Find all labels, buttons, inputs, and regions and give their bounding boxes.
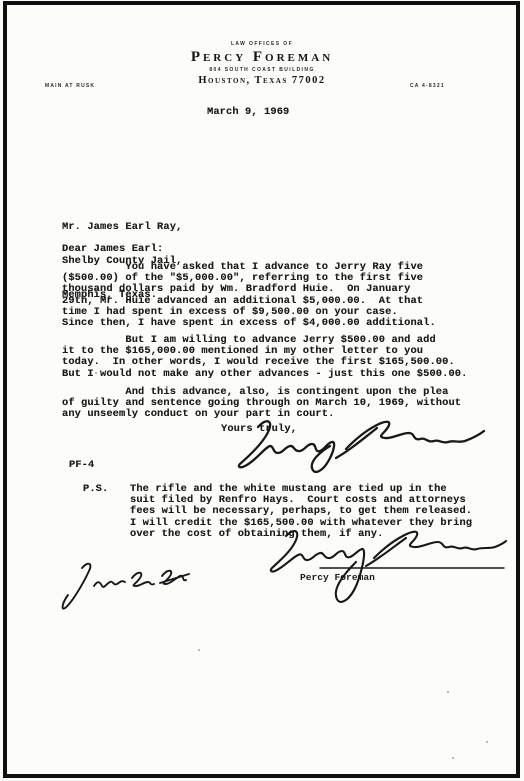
scan-speck	[198, 649, 200, 651]
scanned-letter-page: LAW OFFICES OF Percy Foreman 804 SOUTH C…	[0, 0, 524, 781]
postscript-label: P.S.	[83, 484, 130, 540]
scan-speck	[486, 741, 488, 743]
letterhead-office-line: LAW OFFICES OF	[0, 41, 524, 47]
recipient-name: Mr. James Earl Ray,	[62, 222, 182, 233]
scan-speck	[95, 372, 97, 374]
percy-foreman-signature	[228, 413, 490, 479]
letterhead-location-note: MAIN AT RUSK	[45, 83, 95, 89]
reference-initials: PF-4	[69, 460, 94, 471]
scan-speck	[447, 691, 449, 693]
scan-speck	[452, 757, 454, 759]
percy-foreman-ps-signature	[258, 524, 508, 616]
letterhead: LAW OFFICES OF Percy Foreman 804 SOUTH C…	[0, 41, 524, 86]
letter-date: March 9, 1969	[207, 107, 289, 118]
letterhead-firm-name: Percy Foreman	[0, 49, 524, 66]
percy-foreman-typed-name: Percy Foreman	[300, 572, 375, 583]
letterhead-building-line: 804 SOUTH COAST BUILDING	[0, 67, 524, 73]
letterhead-phone-number: CA 4-8321	[410, 83, 445, 89]
body-paragraph-2: But I am willing to advance Jerry $500.0…	[62, 335, 467, 380]
body-paragraph-1: You have asked that I advance to Jerry R…	[62, 262, 436, 329]
salutation: Dear James Earl:	[62, 244, 163, 255]
james-earl-ray-signature	[52, 556, 202, 616]
